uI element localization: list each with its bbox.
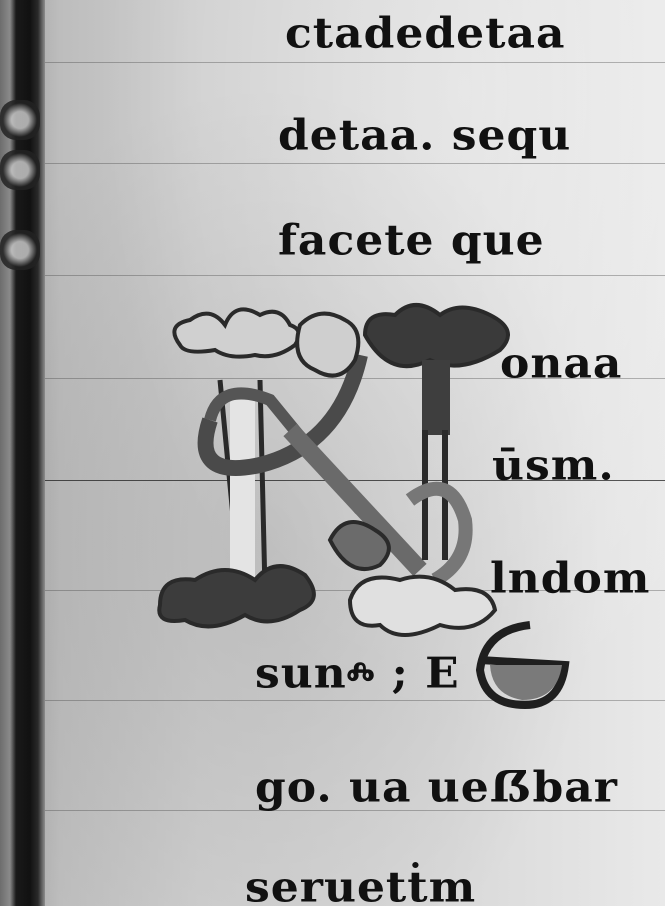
ruling-line: [45, 275, 665, 276]
binding-thread-knot: [0, 100, 40, 140]
text-line-8: go. ua ueẞbar: [255, 763, 618, 811]
coloured-letter-e-icon: [470, 620, 570, 710]
text-line-2: detaa. sequ: [278, 111, 571, 159]
ruling-line: [45, 62, 665, 63]
decorated-initial: [150, 300, 510, 640]
text-line-7: sunⰾ ; E: [255, 649, 460, 697]
manuscript-page: ctadedetaa detaa. sequ facete que onaa u…: [0, 0, 665, 906]
binding-thread-knot: [0, 150, 40, 190]
text-line-1: ctadedetaa: [285, 9, 566, 57]
text-line-3: facete que: [278, 216, 545, 264]
ruling-line: [45, 700, 665, 701]
binding-thread-knot: [0, 230, 40, 270]
binding-edge: [0, 0, 45, 906]
text-line-9: seruetṫm: [245, 863, 476, 906]
ruling-line: [45, 163, 665, 164]
text-line-4: onaa: [500, 339, 622, 387]
decorated-initial-rn-icon: [150, 300, 510, 640]
text-line-5: ūsm.: [492, 441, 615, 489]
text-line-6: lndom: [490, 554, 650, 602]
